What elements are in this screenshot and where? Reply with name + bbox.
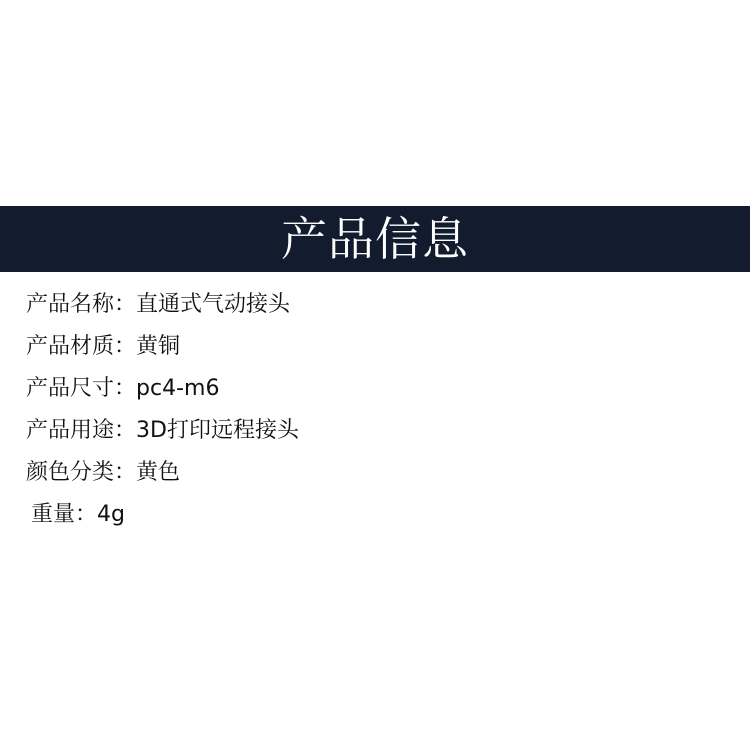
info-row-usage: 产品用途： 3D打印远程接头 — [26, 410, 299, 452]
info-row-product-name: 产品名称： 直通式气动接头 — [26, 284, 299, 326]
info-label: 颜色分类： — [26, 462, 136, 484]
info-value: pc4-m6 — [136, 378, 219, 400]
product-info-list: 产品名称： 直通式气动接头 产品材质： 黄铜 产品尺寸： pc4-m6 产品用途… — [26, 284, 299, 536]
info-label: 产品名称： — [26, 294, 136, 316]
info-row-material: 产品材质： 黄铜 — [26, 326, 299, 368]
info-row-weight: 重量： 4g — [26, 494, 299, 536]
info-label: 产品材质： — [26, 336, 136, 358]
info-row-color: 颜色分类： 黄色 — [26, 452, 299, 494]
info-value: 4g — [97, 504, 125, 526]
info-row-size: 产品尺寸： pc4-m6 — [26, 368, 299, 410]
info-value: 3D打印远程接头 — [136, 420, 299, 442]
info-value: 黄铜 — [136, 336, 180, 358]
info-label: 产品尺寸： — [26, 378, 136, 400]
info-value: 直通式气动接头 — [136, 294, 290, 316]
product-info-banner: 产品信息 — [0, 206, 750, 272]
info-value: 黄色 — [136, 462, 180, 484]
banner-title: 产品信息 — [281, 216, 469, 262]
info-label: 产品用途： — [26, 420, 136, 442]
info-label: 重量： — [31, 504, 97, 526]
